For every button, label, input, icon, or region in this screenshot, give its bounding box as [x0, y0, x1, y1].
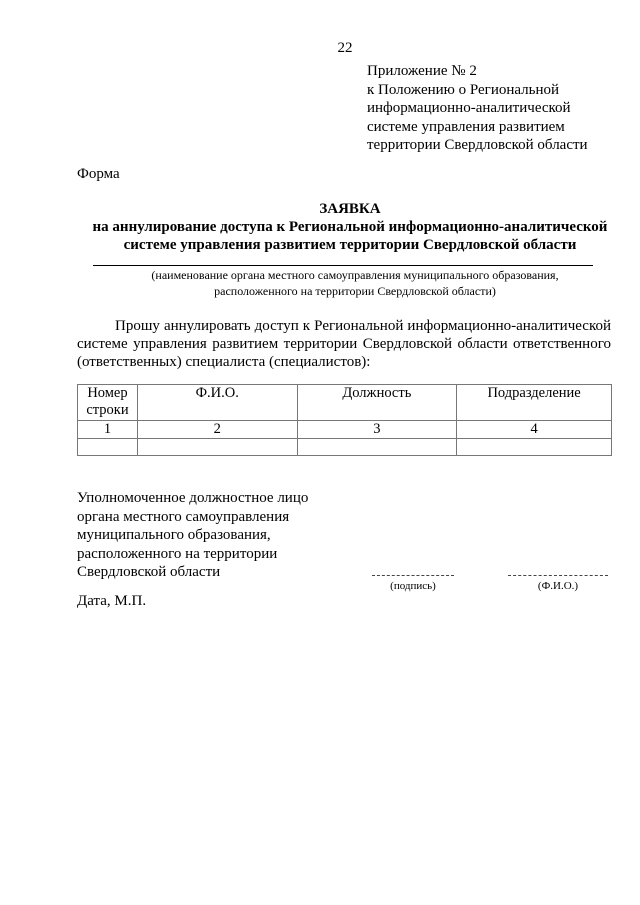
signer-line: муниципального образования, [77, 526, 308, 545]
appendix-note: Приложение № 2 к Положению о Регионально… [367, 62, 588, 155]
signature-field: (подпись) [372, 575, 454, 592]
table-cell[interactable] [78, 439, 138, 456]
appendix-line: информационно-аналитической [367, 99, 588, 118]
column-number: 2 [137, 421, 297, 439]
signer-line: Свердловской области [77, 563, 308, 582]
document-title: ЗАЯВКА на аннулирование доступа к Регион… [60, 200, 640, 254]
column-header-position: Должность [297, 385, 457, 421]
title-line: системе управления развитием территории … [60, 236, 640, 254]
appendix-line: Приложение № 2 [367, 62, 588, 81]
table-number-row: 1 2 3 4 [78, 421, 612, 439]
signature-blank-line[interactable] [372, 575, 454, 576]
caption-line: (наименование органа местного самоуправл… [60, 268, 640, 284]
column-number: 1 [78, 421, 138, 439]
appendix-line: территории Свердловской области [367, 136, 588, 155]
table-cell[interactable] [297, 439, 457, 456]
appendix-line: к Положению о Региональной [367, 81, 588, 100]
column-number: 4 [457, 421, 612, 439]
signer-line: Уполномоченное должностное лицо [77, 489, 308, 508]
fio-field: (Ф.И.О.) [508, 575, 608, 592]
org-name-blank-line[interactable] [93, 265, 593, 266]
title-heading: ЗАЯВКА [60, 200, 640, 218]
column-header-fio: Ф.И.О. [137, 385, 297, 421]
title-line: на аннулирование доступа к Региональной … [60, 218, 640, 236]
column-header-row-number: Номер строки [78, 385, 138, 421]
specialists-table: Номер строки Ф.И.О. Должность Подразделе… [77, 384, 612, 456]
fio-blank-line[interactable] [508, 575, 608, 576]
table-header-row: Номер строки Ф.И.О. Должность Подразделе… [78, 385, 612, 421]
authorized-official-block: Уполномоченное должностное лицо органа м… [77, 489, 308, 582]
form-label: Форма [77, 166, 120, 183]
appendix-line: системе управления развитием [367, 118, 588, 137]
org-name-caption: (наименование органа местного самоуправл… [60, 268, 640, 299]
table-cell[interactable] [137, 439, 297, 456]
column-header-department: Подразделение [457, 385, 612, 421]
table-row [78, 439, 612, 456]
signature-caption: (подпись) [372, 580, 454, 592]
signer-line: расположенного на территории [77, 545, 308, 564]
page-number: 22 [0, 40, 640, 57]
fio-caption: (Ф.И.О.) [508, 580, 608, 592]
signer-line: органа местного самоуправления [77, 508, 308, 527]
caption-line: расположенного на территории Свердловско… [60, 284, 640, 300]
request-paragraph: Прошу аннулировать доступ к Региональной… [77, 317, 611, 371]
table-cell[interactable] [457, 439, 612, 456]
column-number: 3 [297, 421, 457, 439]
date-stamp-label: Дата, М.П. [77, 593, 146, 610]
